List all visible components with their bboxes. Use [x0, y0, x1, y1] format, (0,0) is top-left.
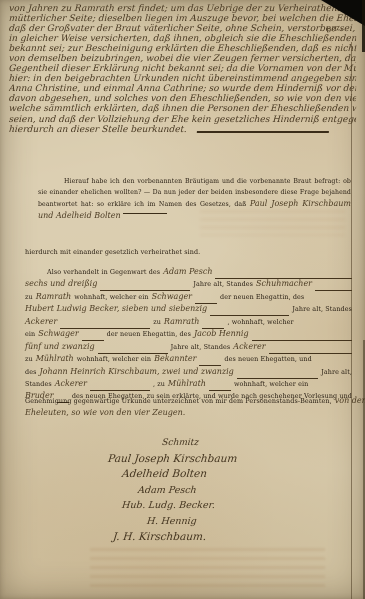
handwritten-line: von Jahren zu Ramrath erst findet; um da…	[9, 4, 357, 14]
handwritten-line: davon abgesehen, und solches von den Ehe…	[9, 94, 357, 104]
witness-form: Also verhandelt in Gegenwart des Adam Pe…	[25, 259, 352, 421]
handwritten-line: hierdurch an dieser Stelle beurkundet.	[9, 125, 357, 135]
form-handwritten-fill: von den zwei	[335, 396, 365, 405]
signature-witness-3: H. Hennig	[146, 514, 197, 530]
form-line: Genehmigung gegenwärtige Urkunde unterze…	[25, 396, 352, 408]
blank-rule: ​	[237, 359, 318, 379]
signature-registrar: Schmitz	[161, 436, 199, 452]
form-handwritten-fill: Mühlrath	[36, 354, 74, 363]
form-handwritten-fill: Schwager	[38, 329, 78, 338]
form-print-text: Genehmigung gegenwärtige Urkunde unterze…	[25, 397, 332, 405]
form-print-text: Jahre alt, Standes	[292, 305, 352, 313]
form-print-text: zu	[25, 293, 33, 301]
handwritten-line: hier: in den beigebrachten Urkunden nich…	[9, 74, 357, 84]
handwritten-line: welche sämmtlich erklärten, daß ihnen di…	[9, 104, 357, 114]
form-print-text: Standes	[25, 380, 52, 388]
handwritten-line: mütterlicher Seite; dieselben liegen im …	[9, 14, 357, 24]
blank-rule: ​	[209, 371, 231, 391]
closing-rule	[197, 131, 329, 133]
handwritten-line: Gegentheil dieser Erklärung nicht bekann…	[9, 64, 357, 74]
form-print-text: Jahre alt,	[321, 368, 352, 376]
handwritten-line: Anna Christine, und einmal Anna Cathrine…	[9, 84, 357, 94]
blank-rule: ​	[98, 334, 168, 354]
photo-corner-shadow	[321, 0, 365, 26]
form-print-text: wohnhaft, welcher ein	[74, 293, 148, 301]
form-handwritten-fill: Jacob Hennig	[194, 329, 249, 338]
handwritten-line: daß der Großvater der Braut väterlicher …	[9, 24, 357, 34]
form-handwritten-fill: Bekannter	[154, 354, 196, 363]
signature-groom: Paul Joseph Kirschbaum	[107, 452, 238, 468]
handwritten-preamble: von Jahren zu Ramrath erst findet; um da…	[9, 4, 356, 135]
form-print-text: wohnhaft, welcher ein	[77, 355, 151, 363]
form-handwritten-fill: Schuhmacher	[256, 279, 312, 288]
handwritten-line-text: hierdurch an dieser Stelle beurkundet.	[9, 125, 188, 135]
paper-sheet: von Jahren zu Ramrath erst findet; um da…	[0, 0, 365, 599]
form-handwritten-fill: Eheleuten, so wie von den vier Zeugen.	[25, 408, 185, 417]
blank-rule: ​	[90, 371, 150, 391]
document-photo: von Jahren zu Ramrath erst findet; um da…	[0, 0, 365, 599]
blank-rule: ​	[199, 346, 221, 366]
form-handwritten-fill: Ramrath	[164, 317, 200, 326]
blank-rule: ​	[60, 309, 150, 329]
form-print-text: wohnhaft, welcher ein	[234, 380, 308, 388]
page-crease-line	[351, 42, 352, 599]
ink-bleedthrough-smudge	[200, 210, 345, 236]
form-handwritten-fill: Mühlrath	[168, 379, 206, 388]
blank-rule: ​	[269, 334, 352, 354]
form-print-text: ein	[25, 330, 35, 338]
signature-witness-4: J. H. Kirschbaum.	[112, 530, 207, 546]
form-handwritten-fill: fünf und zwanzig	[25, 342, 95, 351]
handwritten-line: seien, und daß der Vollziehung der Ehe k…	[9, 115, 357, 125]
form-line: Also verhandelt in Gegenwart des Adam Pe…	[25, 259, 352, 271]
signature-witness-1: Adam Pesch	[137, 483, 197, 499]
form-print-text: des	[25, 368, 36, 376]
blank-rule: ​	[123, 212, 167, 214]
blank-rule: ​	[100, 271, 190, 291]
signature-bride: Adelheid Bolten	[121, 467, 208, 483]
blank-rule: ​	[202, 309, 224, 329]
form-handwritten-fill: Ackerer	[25, 317, 57, 326]
form-handwritten-fill: Ackerer	[233, 342, 265, 351]
form-handwritten-fill: Schwager	[152, 292, 192, 301]
form-handwritten-fill: sechs und dreißig	[25, 279, 97, 288]
form-print-text: , zu	[153, 380, 165, 388]
signature-witness-2: Hub. Ludg. Becker.	[121, 498, 216, 514]
ink-bleedthrough-smudge	[90, 548, 325, 592]
married-clause: hierdurch mit einander gesetzlich verhei…	[25, 248, 200, 256]
handwritten-line: von demselben beizubringen, wobei die vi…	[9, 54, 357, 64]
handwritten-line: bekannt sei; zur Bescheinigung erklärten…	[9, 44, 357, 54]
signature-block: Schmitz Paul Joseph Kirschbaum Adelheid …	[0, 436, 335, 545]
blank-rule: ​	[315, 271, 352, 291]
handwritten-line: in gleicher Weise versicherten, daß ihne…	[9, 34, 357, 44]
form-print-text: zu	[25, 355, 33, 363]
form-line: Eheleuten, so wie von den vier Zeugen.	[25, 408, 352, 420]
form-handwritten-fill: Ramrath	[36, 292, 72, 301]
form-print-text: zu	[153, 318, 161, 326]
